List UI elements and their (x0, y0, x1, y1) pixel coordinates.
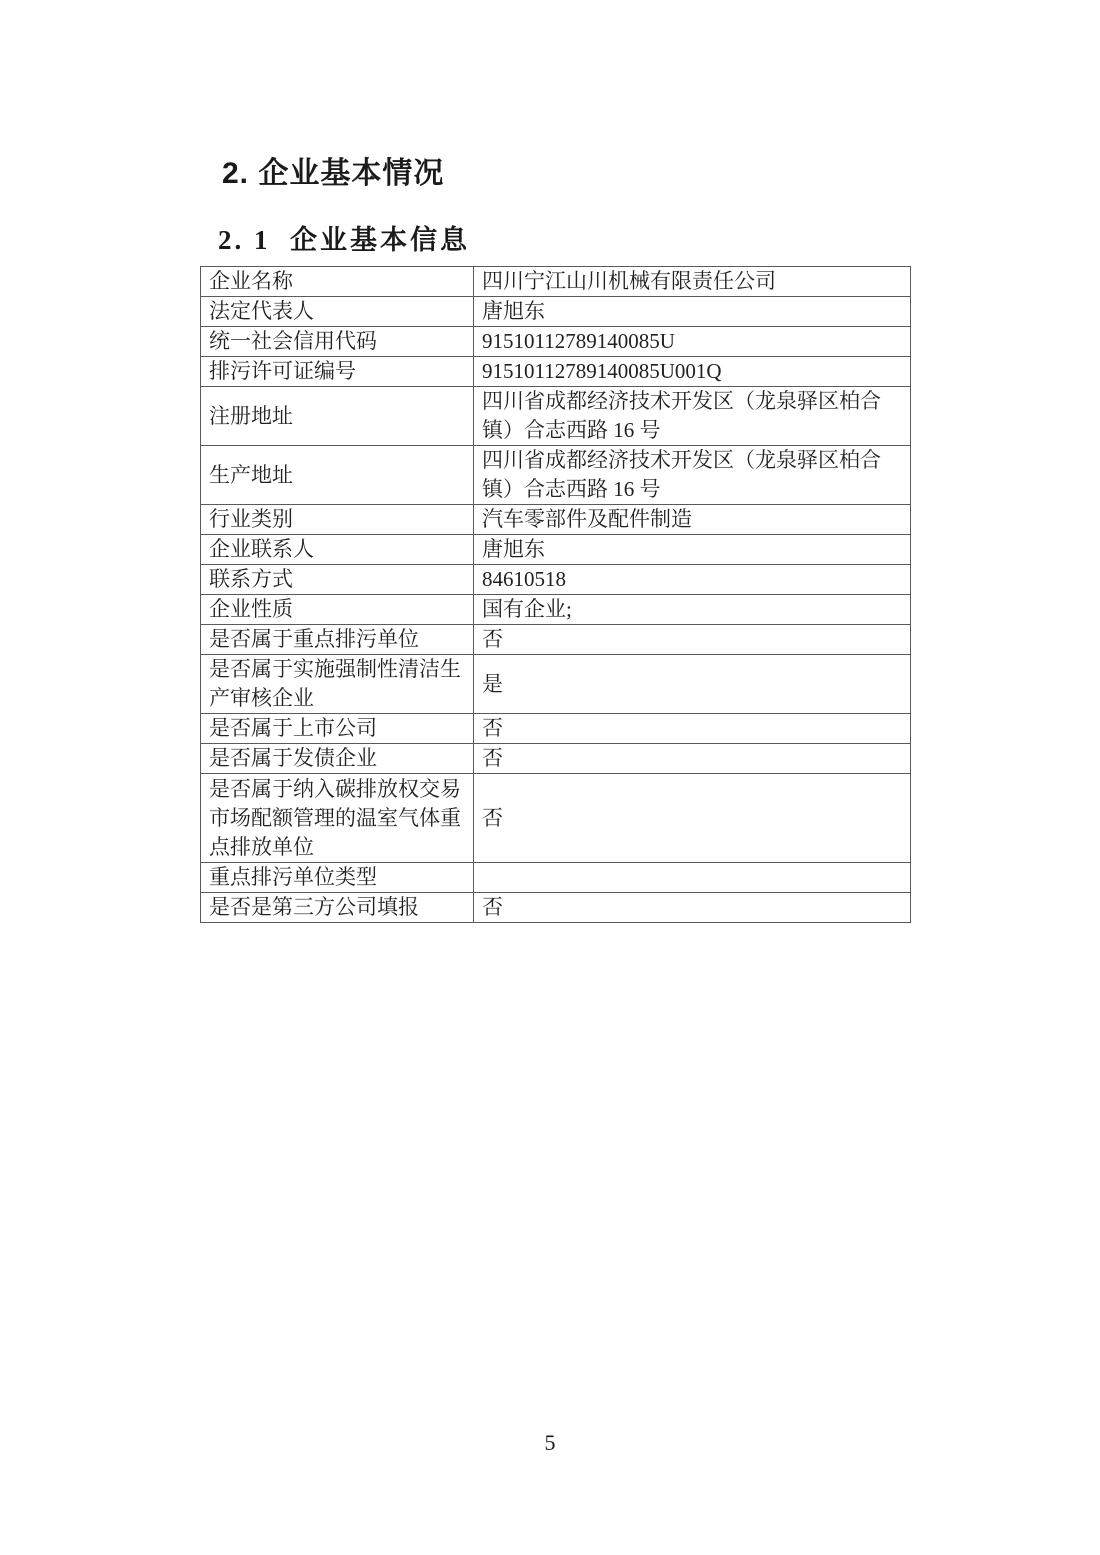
row-label-cell: 重点排污单位类型 (201, 863, 474, 893)
table-row: 是否属于实施强制性清洁生产审核企业 是 (201, 655, 911, 714)
row-label-cell: 企业联系人 (201, 535, 474, 565)
row-value-cell: 四川宁江山川机械有限责任公司 (474, 267, 911, 297)
row-value-cell: 国有企业; (474, 595, 911, 625)
row-label-cell: 是否属于上市公司 (201, 714, 474, 744)
row-label-cell: 联系方式 (201, 565, 474, 595)
row-label-cell: 是否属于发债企业 (201, 744, 474, 774)
subsection-title: 2. 1 企业基本信息 (218, 218, 470, 257)
row-label-cell: 法定代表人 (201, 297, 474, 327)
row-value-cell: 汽车零部件及配件制造 (474, 505, 911, 535)
row-label-cell: 是否属于纳入碳排放权交易市场配额管理的温室气体重点排放单位 (201, 774, 474, 863)
row-label-cell: 排污许可证编号 (201, 357, 474, 387)
row-value-cell: 四川省成都经济技术开发区（龙泉驿区柏合镇）合志西路 16 号 (474, 387, 911, 446)
row-value-cell: 否 (474, 714, 911, 744)
row-value-cell: 否 (474, 893, 911, 923)
row-value-cell (474, 863, 911, 893)
table-row: 是否属于发债企业 否 (201, 744, 911, 774)
table-row: 企业联系人 唐旭东 (201, 535, 911, 565)
row-label-cell: 注册地址 (201, 387, 474, 446)
row-label-cell: 统一社会信用代码 (201, 327, 474, 357)
table-row: 生产地址 四川省成都经济技术开发区（龙泉驿区柏合镇）合志西路 16 号 (201, 446, 911, 505)
table-row: 联系方式 84610518 (201, 565, 911, 595)
row-value-cell: 否 (474, 774, 911, 863)
row-label-cell: 是否属于实施强制性清洁生产审核企业 (201, 655, 474, 714)
row-label-cell: 是否是第三方公司填报 (201, 893, 474, 923)
row-value-cell: 91510112789140085U (474, 327, 911, 357)
row-value-cell: 84610518 (474, 565, 911, 595)
table-row: 法定代表人 唐旭东 (201, 297, 911, 327)
row-value-cell: 否 (474, 744, 911, 774)
table-row: 企业名称 四川宁江山川机械有限责任公司 (201, 267, 911, 297)
row-label-cell: 行业类别 (201, 505, 474, 535)
row-value-cell: 否 (474, 625, 911, 655)
table-row: 是否属于上市公司 否 (201, 714, 911, 744)
row-label-cell: 企业性质 (201, 595, 474, 625)
row-label-cell: 生产地址 (201, 446, 474, 505)
table-row: 是否属于重点排污单位 否 (201, 625, 911, 655)
table-row: 是否是第三方公司填报 否 (201, 893, 911, 923)
row-value-cell: 91510112789140085U001Q (474, 357, 911, 387)
table-row: 行业类别 汽车零部件及配件制造 (201, 505, 911, 535)
table-row: 重点排污单位类型 (201, 863, 911, 893)
document-page: 2. 企业基本情况 2. 1 企业基本信息 企业名称 四川宁江山川机械有限责任公… (0, 0, 1100, 1555)
table-row: 排污许可证编号 91510112789140085U001Q (201, 357, 911, 387)
table-row: 统一社会信用代码 91510112789140085U (201, 327, 911, 357)
row-value-cell: 唐旭东 (474, 297, 911, 327)
row-value-cell: 是 (474, 655, 911, 714)
row-value-cell: 唐旭东 (474, 535, 911, 565)
table-row: 注册地址 四川省成都经济技术开发区（龙泉驿区柏合镇）合志西路 16 号 (201, 387, 911, 446)
table-row: 企业性质 国有企业; (201, 595, 911, 625)
section-title: 2. 企业基本情况 (222, 148, 444, 192)
table-row: 是否属于纳入碳排放权交易市场配额管理的温室气体重点排放单位 否 (201, 774, 911, 863)
row-label-cell: 是否属于重点排污单位 (201, 625, 474, 655)
row-label-cell: 企业名称 (201, 267, 474, 297)
page-number: 5 (0, 1430, 1100, 1456)
company-info-table: 企业名称 四川宁江山川机械有限责任公司 法定代表人 唐旭东 统一社会信用代码 9… (200, 266, 911, 923)
row-value-cell: 四川省成都经济技术开发区（龙泉驿区柏合镇）合志西路 16 号 (474, 446, 911, 505)
